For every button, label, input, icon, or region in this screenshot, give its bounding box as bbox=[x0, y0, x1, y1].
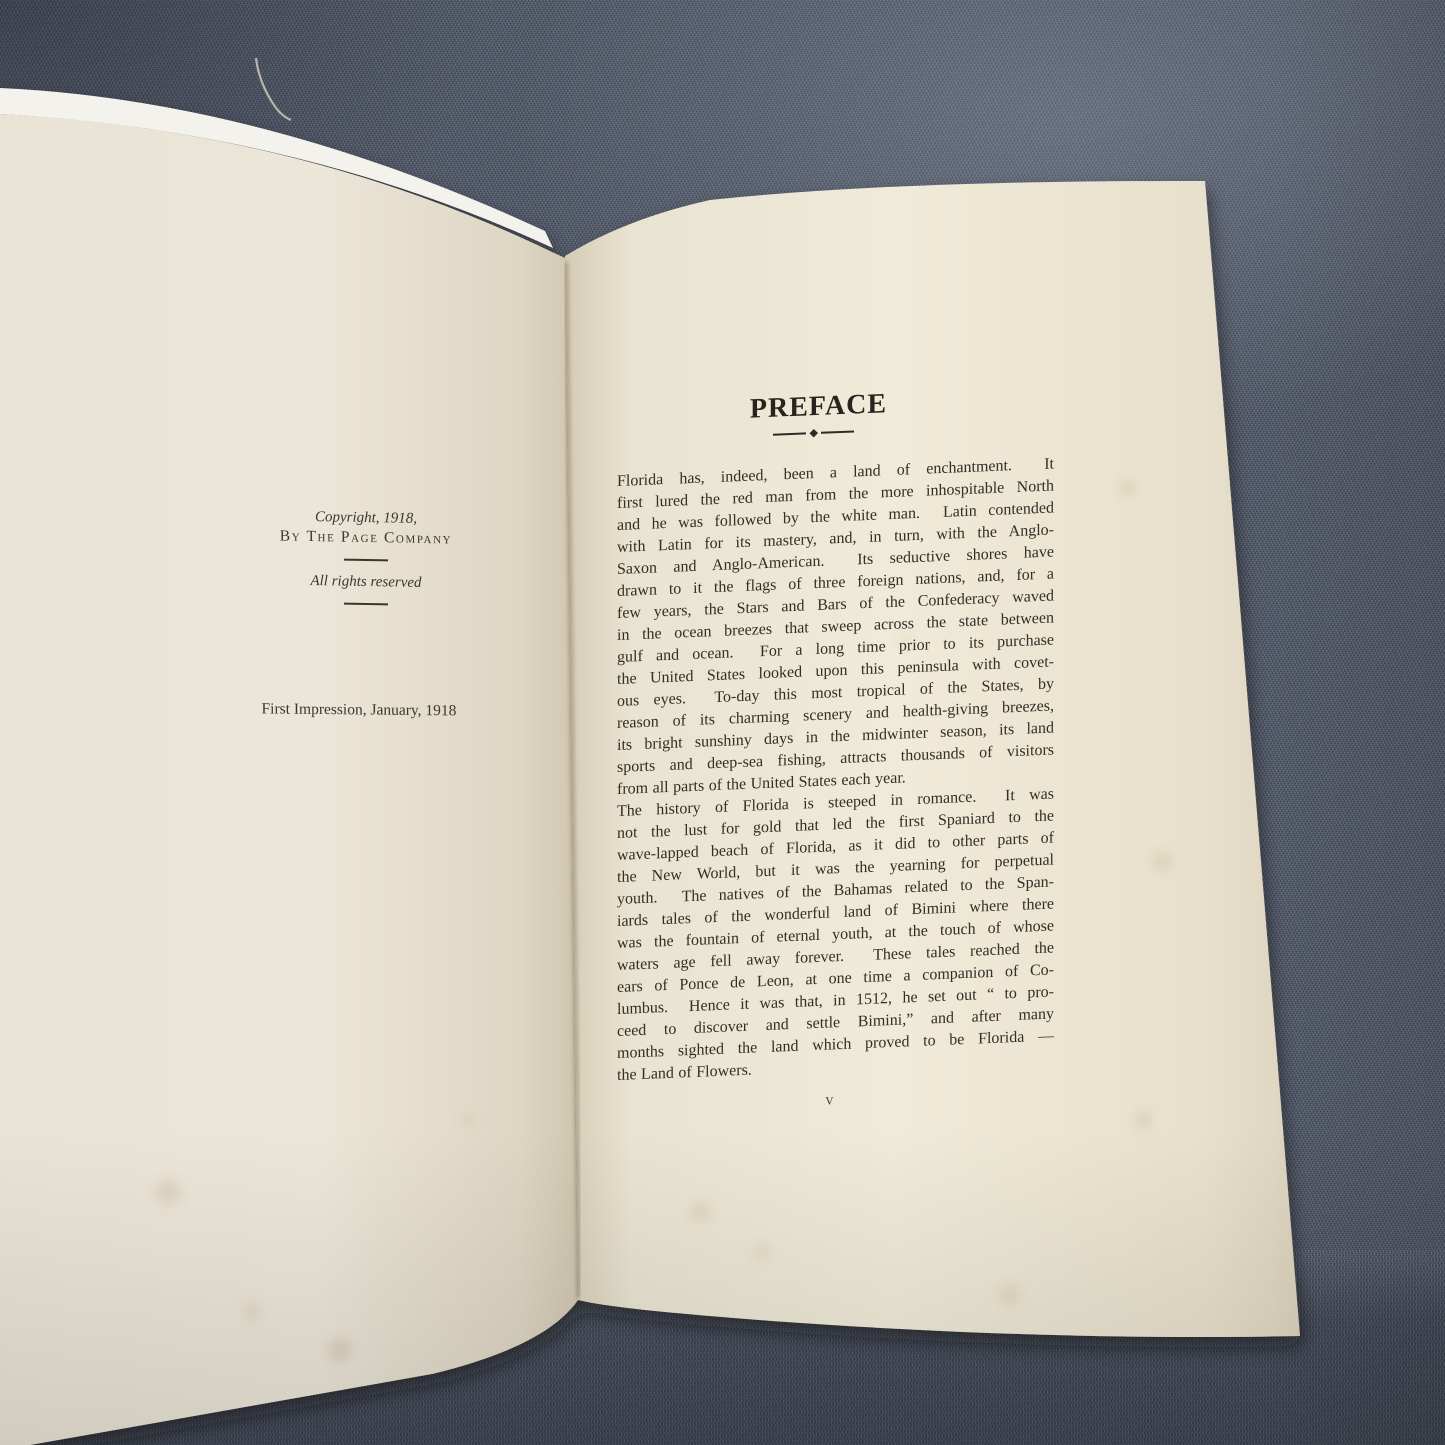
publisher-line: By The Page Company bbox=[253, 526, 479, 550]
ornament-line bbox=[773, 433, 806, 436]
book-photo-scene: Copyright, 1918, By The Page Company All… bbox=[0, 0, 1445, 1445]
impression-line: First Impression, January, 1918 bbox=[228, 699, 490, 722]
preface-body: Florida has, indeed, been a land of ench… bbox=[617, 453, 1054, 1087]
preface-paragraph-2: The history of Florida is steeped in rom… bbox=[617, 783, 1054, 1087]
page-number: v bbox=[611, 1083, 1048, 1119]
preface-title: PREFACE bbox=[600, 381, 1037, 433]
preface-paragraph-1: Florida has, indeed, been a land of ench… bbox=[617, 453, 1054, 801]
copyright-notice: Copyright, 1918, By The Page Company All… bbox=[253, 506, 479, 618]
separator-rule bbox=[344, 559, 388, 562]
title-ornament bbox=[771, 427, 857, 438]
ornament-line bbox=[821, 431, 854, 434]
preface-page-text: PREFACE Florida has, indeed, been a land… bbox=[617, 380, 1054, 1118]
rights-reserved-line: All rights reserved bbox=[253, 570, 479, 594]
separator-rule bbox=[344, 603, 388, 606]
printed-text-layer: Copyright, 1918, By The Page Company All… bbox=[0, 0, 1445, 1445]
ornament-diamond-icon bbox=[810, 429, 818, 437]
